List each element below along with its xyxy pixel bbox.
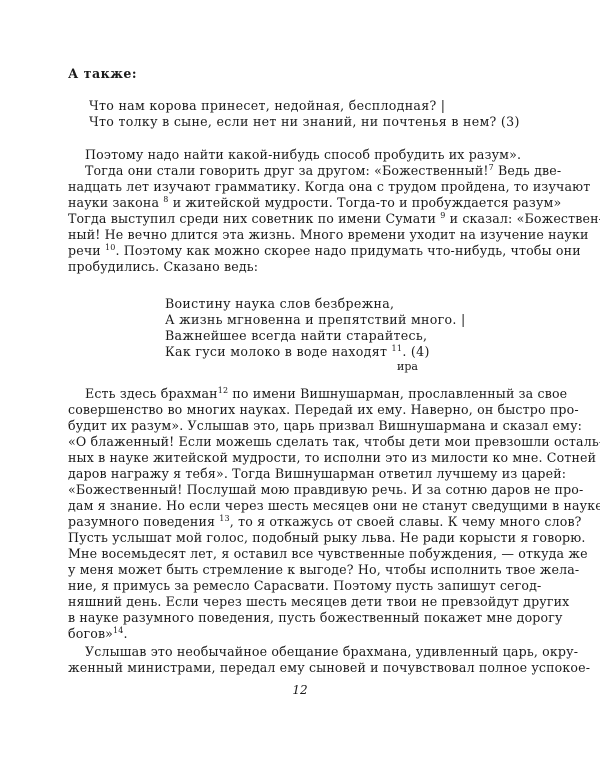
paragraph-line: надцать лет изучают грамматику. Когда он… xyxy=(68,179,540,195)
footnote-ref[interactable]: 12 xyxy=(218,386,228,395)
paragraph-line: Услышав это необычайное обещание брахман… xyxy=(85,644,540,660)
paragraph-line: «О блаженный! Если можешь сделать так, ч… xyxy=(68,434,540,450)
intro-heading: А также: xyxy=(68,66,137,82)
paragraph-line: «Божественный! Послушай мою правдивую ре… xyxy=(68,482,540,498)
paragraph-line: у меня может быть стремление к выгоде? Н… xyxy=(68,562,540,578)
footnote-ref[interactable]: 14 xyxy=(113,626,123,635)
verse-4-line-2: А жизнь мгновенна и препятствий много. | xyxy=(165,312,466,328)
marginal-mark: ира xyxy=(397,360,418,373)
footnote-ref[interactable]: 10 xyxy=(105,243,115,252)
paragraph-line: няшний день. Если через шесть месяцев де… xyxy=(68,594,540,610)
book-page: А также: Что нам корова принесет, недойн… xyxy=(0,0,600,780)
page-number: 12 xyxy=(0,683,600,697)
verse-4-line-1: Воистину наука слов безбрежна, xyxy=(165,296,394,312)
paragraph-line: даров награжу я тебя». Тогда Вишнушарман… xyxy=(68,466,540,482)
verse-3-line-1: Что нам корова принесет, недойная, беспл… xyxy=(89,98,445,114)
paragraph-line: богов»14. xyxy=(68,626,540,642)
footnote-ref[interactable]: 11 xyxy=(392,344,403,353)
paragraph-line: будит их разум». Услышав это, царь призв… xyxy=(68,418,540,434)
paragraph-line: Тогда выступил среди них советник по име… xyxy=(68,211,540,227)
paragraph-line: дам я знание. Но если через шесть месяце… xyxy=(68,498,540,514)
verse-4-line-3: Важнейшее всегда найти старайтесь, xyxy=(165,328,427,344)
paragraph-line: ние, я примусь за ремесло Сарасвати. Поэ… xyxy=(68,578,540,594)
verse-3-line-2: Что толку в сыне, если нет ни знаний, ни… xyxy=(89,114,520,130)
paragraph-line: Есть здесь брахман12 по имени Вишнушарма… xyxy=(85,386,540,402)
paragraph-line: совершенство во многих науках. Передай и… xyxy=(68,402,540,418)
paragraph-line: разумного поведения 13, то я откажусь от… xyxy=(68,514,540,530)
paragraph-line: женный министрами, передал ему сыновей и… xyxy=(68,660,540,676)
footnote-ref[interactable]: 13 xyxy=(219,514,229,523)
paragraph-line: науки закона 8 и житейской мудрости. Тог… xyxy=(68,195,540,211)
paragraph-line: ный! Не вечно длится эта жизнь. Много вр… xyxy=(68,227,540,243)
paragraph-line: пробудились. Сказано ведь: xyxy=(68,259,540,275)
footnote-ref[interactable]: 9 xyxy=(440,211,445,220)
paragraph-line: речи 10. Поэтому как можно скорее надо п… xyxy=(68,243,540,259)
verse-4-line-4: Как гуси молоко в воде находят 11. (4) xyxy=(165,344,430,360)
footnote-ref[interactable]: 8 xyxy=(163,195,168,204)
paragraph-line: в науке разумного поведения, пусть божес… xyxy=(68,610,540,626)
footnote-ref[interactable]: 7 xyxy=(489,163,494,172)
paragraph-line: Мне восемьдесят лет, я оставил все чувст… xyxy=(68,546,540,562)
paragraph-line: ных в науке житейской мудрости, то испол… xyxy=(68,450,540,466)
paragraph-line: Поэтому надо найти какой-нибудь способ п… xyxy=(85,147,540,163)
paragraph-line: Пусть услышат мой голос, подобный рыку л… xyxy=(68,530,540,546)
paragraph-line: Тогда они стали говорить друг за другом:… xyxy=(85,163,540,179)
